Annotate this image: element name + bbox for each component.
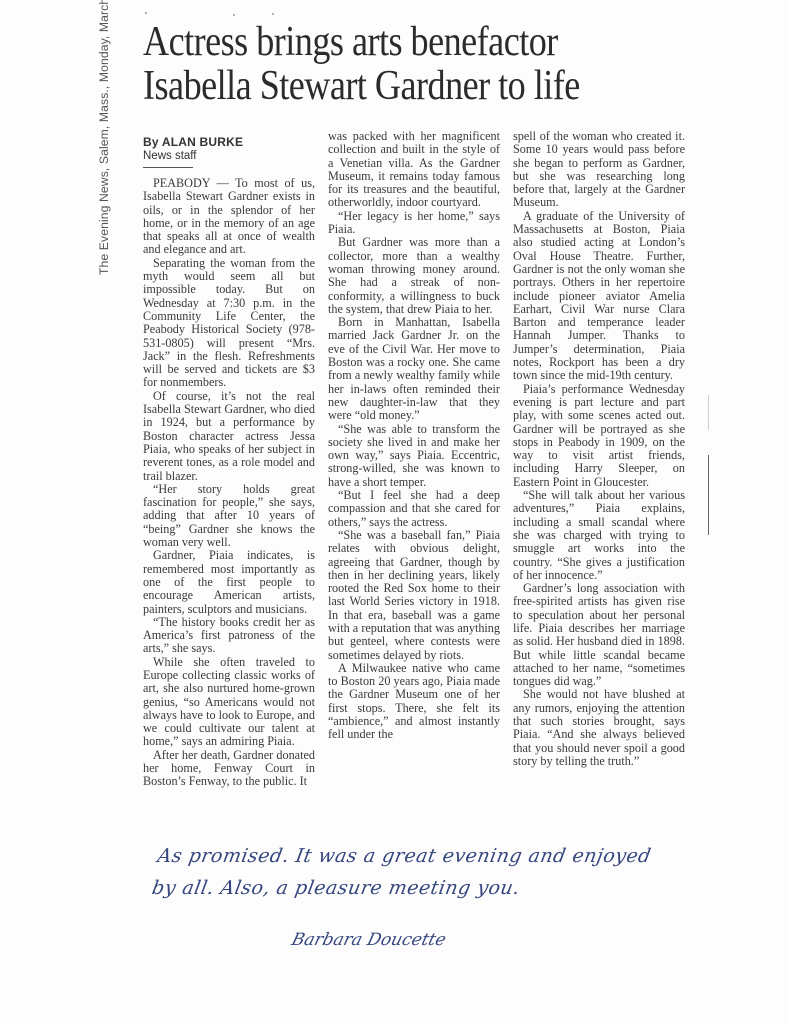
paragraph: A graduate of the University of Massachu… [513,210,685,383]
paragraph: While she often traveled to Europe colle… [143,656,315,749]
paragraph: “Her legacy is her home,” says Piaia. [328,210,500,237]
paragraph: PEABODY — To most of us, Isabella Stewar… [143,177,315,257]
article-column-1: PEABODY — To most of us, Isabella Stewar… [143,177,315,789]
paragraph: After her death, Gardner donated her hom… [143,749,315,789]
headline-line-1: Actress brings arts benefactor [143,20,625,64]
paragraph: Gardner’s long association with free-spi… [513,582,685,688]
scan-speck [233,14,235,16]
paragraph: She would not have blushed at any rumors… [513,688,685,768]
scan-margin-mark [708,455,709,535]
paragraph: Separating the woman from the myth would… [143,257,315,390]
handwritten-line-2: by all. Also, a pleasure meeting you. [149,872,775,904]
paragraph: Piaia’s performance Wednesday evening is… [513,383,685,489]
scanned-clipping-page: The Evening News, Salem, Mass., Monday, … [0,0,790,1024]
paragraph: “She will talk about her various adventu… [513,489,685,582]
paragraph: spell of the woman who created it. Some … [513,130,685,210]
paragraph: Born in Manhattan, Isabella married Jack… [328,316,500,422]
article-column-2: was packed with her magnificent collecti… [328,130,500,742]
paragraph: Of course, it’s not the real Isabella St… [143,390,315,483]
paragraph: Gardner, Piaia indicates, is remembered … [143,549,315,615]
paragraph: “She was a baseball fan,” Piaia relates … [328,529,500,662]
paragraph: “Her story holds great fascination for p… [143,483,315,549]
paragraph: “But I feel she had a deep compassion an… [328,489,500,529]
paragraph: But Gardner was more than a collector, m… [328,236,500,316]
byline: By ALAN BURKE News staff [143,135,313,168]
article-headline: Actress brings arts benefactor Isabella … [143,20,625,108]
byline-author: By ALAN BURKE [143,135,313,149]
scan-margin-mark [708,395,709,430]
paragraph: “The history books credit her as America… [143,616,315,656]
paragraph: A Milwaukee native who came to Boston 20… [328,662,500,742]
headline-line-2: Isabella Stewart Gardner to life [143,64,625,108]
byline-rule [143,167,193,168]
handwritten-note: As promised. It was a great evening and … [149,840,780,904]
article-column-3: spell of the woman who created it. Some … [513,130,685,768]
scan-speck [145,12,147,14]
handwritten-line-1: As promised. It was a great evening and … [155,840,781,872]
paragraph: “She was able to transform the society s… [328,423,500,489]
newspaper-dateline: The Evening News, Salem, Mass., Monday, … [97,0,111,275]
byline-role: News staff [143,150,313,162]
paragraph: was packed with her magnificent collecti… [328,130,500,210]
scan-speck [272,13,274,15]
handwritten-signature: Barbara Doucette [290,930,449,950]
